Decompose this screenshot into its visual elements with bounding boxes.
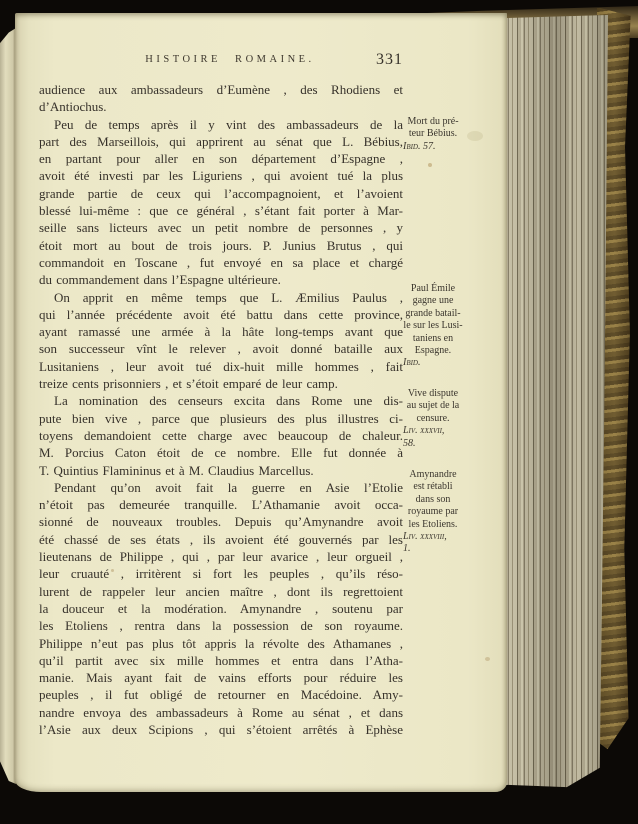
margin-note-ref-line: Ibid. 57. — [387, 141, 479, 153]
text-line: qu’il partit avec six mille hommes et en… — [39, 652, 403, 669]
margin-note-line: Mort du pré- — [387, 116, 479, 128]
text-line: avoit été investi par les Liguriens , qu… — [39, 167, 403, 184]
running-head: HISTOIRE ROMAINE. 331 — [39, 54, 403, 72]
text-line: n’étoit pas demeurée tranquille. L’Atham… — [39, 496, 403, 513]
book-photo: HISTOIRE ROMAINE. 331 audience aux ambas… — [0, 0, 638, 824]
text-line: du commandement dans l’Espagne ultérieur… — [39, 271, 403, 288]
margin-note-ref-line: Liv. xxxvii, — [387, 425, 479, 437]
text-line: nandre envoya des ambassadeurs à Rome au… — [39, 704, 403, 721]
text-line: part des Marseillois, qui apprirent au s… — [39, 133, 403, 150]
margin-note-line: grande batail- — [387, 308, 479, 320]
text-line: commandoit en Toscane , fut envoyé en sa… — [39, 254, 403, 271]
book-page: HISTOIRE ROMAINE. 331 audience aux ambas… — [15, 13, 507, 792]
margin-note-line: est rétabli — [387, 481, 479, 493]
paragraph-1: audience aux ambassadeurs d’Eumène , des… — [39, 81, 403, 116]
margin-note-line: au sujet de la — [387, 400, 479, 412]
margin-note-text: Mort du pré-teur Bébius. — [387, 116, 479, 141]
margin-note-line: taniens en — [387, 333, 479, 345]
text-line: son successeur vînt le relever , avoit d… — [39, 340, 403, 357]
text-line: M. Porcius Caton étoit de ce nombre. Ell… — [39, 444, 403, 461]
margin-note-line: censure. — [387, 413, 479, 425]
text-line: Pendant qu’on avoit fait la guerre en As… — [39, 479, 403, 496]
paragraph-2: Peu de temps après il y vint des ambassa… — [39, 116, 403, 289]
book-fore-edge-pages — [505, 15, 608, 791]
text-line: manie. Mais ayant fait de vains efforts … — [39, 669, 403, 686]
margin-note-line: Amynandre — [387, 469, 479, 481]
margin-note-3: Vive disputeau sujet de lacensure. Liv. … — [387, 388, 479, 450]
text-line: été chassé de ses états , ils avoient ét… — [39, 531, 403, 548]
margin-note-text: Vive disputeau sujet de lacensure. — [387, 388, 479, 425]
margin-note-line: les Etoliens. — [387, 519, 479, 531]
text-line: Peu de temps après il y vint des ambassa… — [39, 116, 403, 133]
paragraph-5: Pendant qu’on avoit fait la guerre en As… — [39, 479, 403, 738]
running-title: HISTOIRE ROMAINE. — [48, 54, 412, 65]
margin-note-line: le sur les Lusi- — [387, 320, 479, 332]
text-line: peuples , il fut obligé de retourner en … — [39, 686, 403, 703]
margin-note-text: Paul Émilegagne unegrande batail-le sur … — [387, 283, 479, 357]
text-line: blessé lui-même : que ce général , s’éta… — [39, 202, 403, 219]
text-line: étoit mort au bout de trois jours. P. Ju… — [39, 237, 403, 254]
text-line: T. Quintius Flamininus et à M. Claudius … — [39, 462, 403, 479]
text-line: grande partie de ceux qui l’accompagnoie… — [39, 185, 403, 202]
margin-note-line: teur Bébius. — [387, 128, 479, 140]
text-line: en partant pour aller en son département… — [39, 150, 403, 167]
margin-note-1: Mort du pré-teur Bébius. Ibid. 57. — [387, 116, 479, 153]
text-line: seille sans licteurs avec un petit nombr… — [39, 219, 403, 236]
margin-note-line: gagne une — [387, 295, 479, 307]
margin-note-4: Amynandreest rétablidans sonroyaume parl… — [387, 469, 479, 556]
text-line: treize cents prisonniers , et s’étoit em… — [39, 375, 403, 392]
margin-note-line: dans son — [387, 494, 479, 506]
margin-note-ref-line: 1. — [387, 543, 479, 555]
text-line: d’Antiochus. — [39, 98, 403, 115]
text-line: ayant ramassé une armée à la hâte long-t… — [39, 323, 403, 340]
text-line: pute bien vive , parce que plusieurs des… — [39, 410, 403, 427]
margin-note-line: Vive dispute — [387, 388, 479, 400]
foxing-spot — [111, 569, 114, 572]
body-text: audience aux ambassadeurs d’Eumène , des… — [39, 81, 403, 738]
text-line: l’Asie aux deux Scipions , qui s’étoient… — [39, 721, 403, 738]
margin-note-ref-line: Liv. xxxviii, — [387, 531, 479, 543]
text-line: leur cruauté , irritèrent si fort les pe… — [39, 565, 403, 582]
paragraph-3: On apprit en même temps que L. Æmilius P… — [39, 289, 403, 393]
text-line: La nomination des censeurs excita dans R… — [39, 392, 403, 409]
foxing-stain — [467, 131, 483, 141]
margin-note-text: Amynandreest rétablidans sonroyaume parl… — [387, 469, 479, 531]
margin-note-line: royaume par — [387, 506, 479, 518]
foxing-spot — [485, 657, 490, 661]
margin-note-reference: Liv. xxxviii,1. — [387, 531, 479, 556]
margin-note-reference: Liv. xxxvii,58. — [387, 425, 479, 450]
margin-note-line: Espagne. — [387, 345, 479, 357]
text-line: les Etoliens , rentra dans la possession… — [39, 617, 403, 634]
text-line: qui l’année précédente avoit été battu d… — [39, 306, 403, 323]
text-line: audience aux ambassadeurs d’Eumène , des… — [39, 81, 403, 98]
margin-note-reference: Ibid. 57. — [387, 141, 479, 153]
text-line: lurent de rappeler leur ancien maître , … — [39, 583, 403, 600]
text-line: lieutenans de Philippe , qui , par leur … — [39, 548, 403, 565]
margin-note-ref-line: Ibid. — [387, 357, 479, 369]
facing-page-gutter-edge — [0, 28, 16, 784]
margin-note-ref-line: 58. — [387, 438, 479, 450]
foxing-spot — [428, 163, 432, 167]
text-line: Philippe n’eut pas plus tôt appris la ré… — [39, 635, 403, 652]
text-line: sionné de nouveaux troubles. Depuis qu’A… — [39, 513, 403, 530]
text-line: Lusitaniens , leur avoit tué dix-huit mi… — [39, 358, 403, 375]
paragraph-4: La nomination des censeurs excita dans R… — [39, 392, 403, 478]
text-line: On apprit en même temps que L. Æmilius P… — [39, 289, 403, 306]
margin-note-2: Paul Émilegagne unegrande batail-le sur … — [387, 283, 479, 370]
text-line: la douceur et la modération. Amynandre ,… — [39, 600, 403, 617]
margin-note-reference: Ibid. — [387, 357, 479, 369]
margin-note-line: Paul Émile — [387, 283, 479, 295]
page-number: 331 — [376, 51, 403, 69]
text-line: toyens demandoient cette charge avec bea… — [39, 427, 403, 444]
